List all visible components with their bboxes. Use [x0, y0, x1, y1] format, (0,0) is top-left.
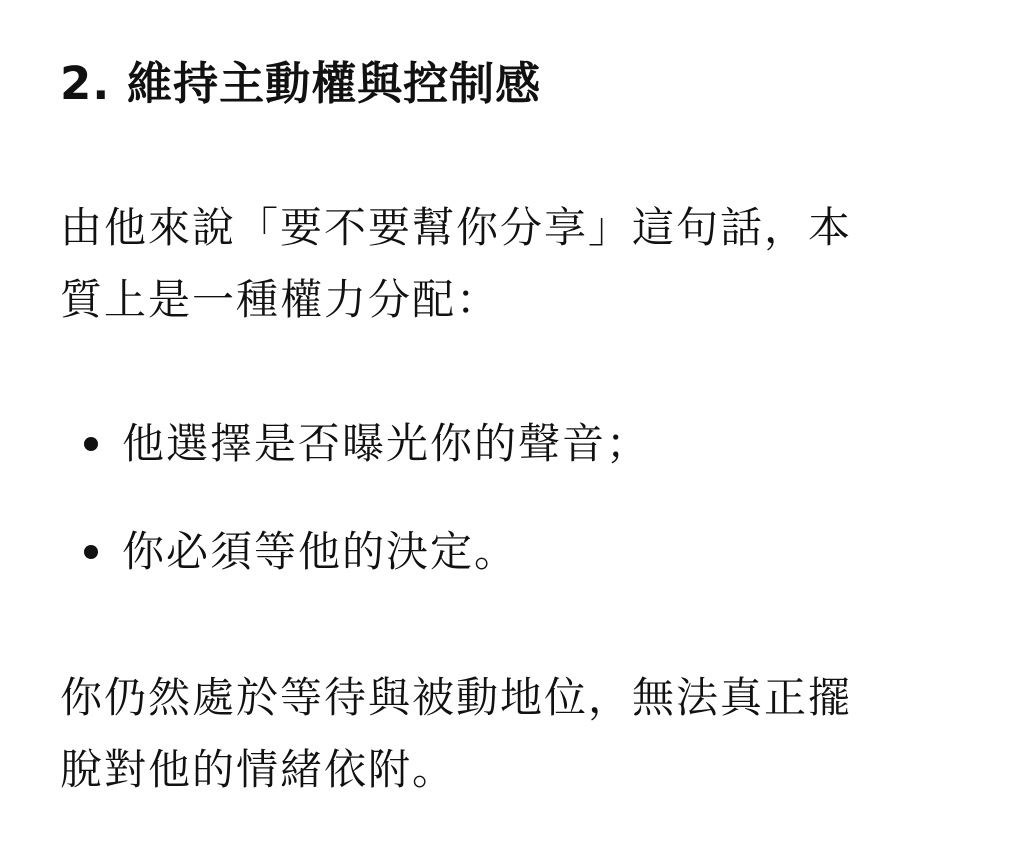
intro-paragraph: 由他來說「要不要幫你分享」這句話，本 質上是一種權力分配： — [60, 192, 960, 336]
section-heading: 2. 維持主動權與控制感 — [60, 52, 541, 116]
bullet-dot-icon — [84, 545, 98, 559]
conclusion-paragraph: 你仍然處於等待與被動地位，無法真正擺 脫對他的情緒依附。 — [60, 662, 960, 806]
bullet-dot-icon — [84, 437, 98, 451]
bullet-text: 他選擇是否曝光你的聲音； — [122, 408, 650, 480]
paragraph-line: 由他來說「要不要幫你分享」這句話，本 — [60, 192, 960, 264]
bullet-text: 你必須等他的決定。 — [122, 516, 518, 588]
paragraph-line: 質上是一種權力分配： — [60, 264, 960, 336]
paragraph-line: 你仍然處於等待與被動地位，無法真正擺 — [60, 662, 960, 734]
paragraph-line: 脫對他的情緒依附。 — [60, 734, 960, 806]
